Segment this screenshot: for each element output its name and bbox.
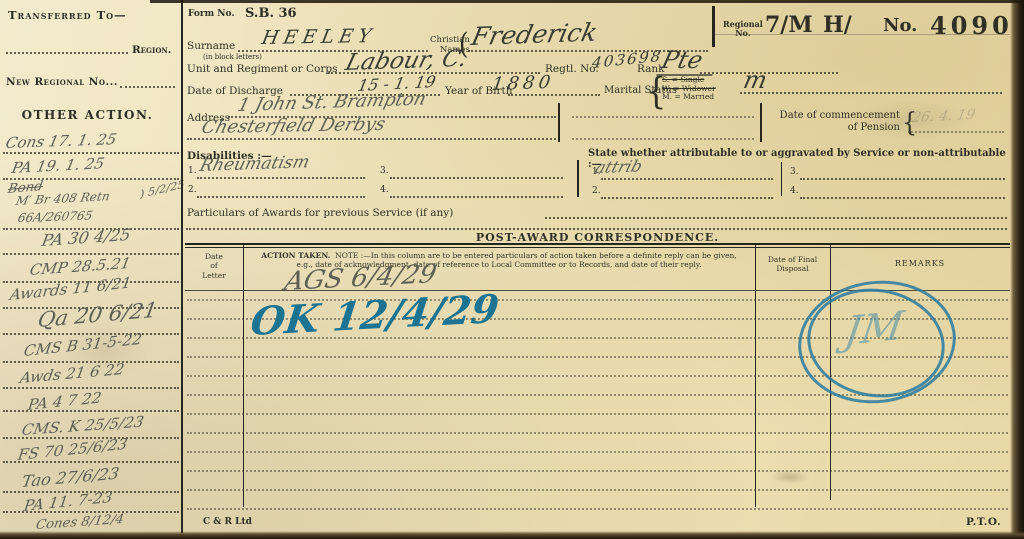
marital-option: M. = Married	[662, 93, 742, 102]
left-margin-panel: Transferred To— Region. New Regional No.…	[0, 0, 181, 539]
ruled-line	[187, 470, 1008, 472]
attrib-line-4	[800, 197, 1005, 199]
left-margin-entry: PA 30 4/25	[40, 225, 132, 250]
attrib-value-1: attrib	[593, 156, 644, 177]
form-no-value: S.B. 36	[245, 6, 297, 21]
post-award-table: Date of Letter ACTION TAKEN. NOTE :—In t…	[185, 243, 1010, 510]
christian-value: Frederick	[469, 18, 600, 51]
awards-dotted-line2	[186, 228, 1007, 230]
disability-line-2	[197, 196, 365, 198]
form-no-label: Form No.	[188, 9, 235, 19]
disability-num-2: 2.	[188, 185, 197, 195]
scan-edge-top	[150, 0, 1024, 3]
ruled-line	[187, 451, 1008, 453]
disability-value-1: Rheumatism	[197, 152, 311, 176]
attrib-line-1	[601, 178, 773, 180]
pension-record-card: Transferred To— Region. New Regional No.…	[0, 0, 1024, 539]
stamp-monogram: JM	[842, 303, 907, 355]
address-divider-bar	[558, 103, 560, 142]
marital-dotted-line	[740, 92, 1002, 94]
regional-number: 4090	[930, 11, 1013, 40]
marital-value: m	[741, 66, 770, 94]
left-margin-entry: Awds 21 6 22	[19, 360, 126, 387]
attrib-num-4: 4.	[790, 186, 799, 196]
pto-label: P.T.O.	[966, 516, 1001, 528]
left-margin-entry: FS 70 25/6/23	[17, 435, 129, 464]
surname-note: (in block letters)	[203, 53, 262, 61]
disability-line-3	[390, 177, 563, 179]
awards-dotted-line	[545, 217, 1007, 219]
attrib-num-3: 3.	[790, 167, 799, 177]
left-margin-entry: Awards 11 6/21	[9, 274, 133, 304]
scan-edge-bottom	[0, 531, 1024, 539]
rank-dotted-line	[700, 72, 838, 74]
pension-value: 26. 4. 19	[910, 107, 976, 126]
regional-no-word: No.	[883, 15, 917, 36]
attrib-line-3	[800, 178, 1005, 180]
left-margin-entry: PA 19. 1. 25	[10, 154, 106, 177]
disabilities-divider-bar	[577, 160, 579, 197]
left-margin-entry: CMS B 31-5-22	[23, 330, 143, 360]
disability-num-3: 3.	[380, 166, 389, 176]
regional-header-rule	[715, 34, 1010, 35]
main-divider-line	[181, 0, 183, 533]
pension-divider-bar	[760, 103, 762, 142]
left-margin-entry: PA 4 7 22	[27, 389, 103, 414]
regional-header-bar	[712, 6, 715, 47]
disability-num-4: 4.	[380, 185, 389, 195]
address-line2: Chesterfield Derbys	[199, 114, 388, 138]
mid-dotted-line2	[572, 138, 754, 140]
marital-options: S. = SingleW. = WidowerM. = Married	[662, 76, 742, 102]
attrib-heading: State whether attributable to or aggrava…	[588, 148, 1012, 170]
pension-dotted-line	[908, 131, 1004, 133]
left-margin-entry: ) 5/2/25	[140, 178, 185, 201]
awards-label: Particulars of Awards for previous Servi…	[187, 207, 453, 219]
left-margin-entry: Qa 20 6/21	[36, 298, 159, 332]
ruled-line	[187, 432, 1008, 434]
left-margin-entry: Tao 27/6/23	[20, 464, 120, 491]
attrib-divider-bar	[781, 162, 782, 196]
unit-label: Unit and Regiment or Corps	[187, 63, 337, 75]
disability-line-1	[197, 177, 365, 179]
ruled-line	[187, 413, 1008, 415]
left-margin-entry: Cons 17. 1. 25	[4, 130, 118, 152]
surname-value: HEELEY	[260, 25, 378, 49]
regional-header: RegionalNo. 7/M H/ No. 4090	[705, 0, 1010, 50]
attrib-num-2: 2.	[592, 186, 601, 196]
birth-dotted-line	[508, 94, 600, 96]
address-dotted-line2	[187, 138, 556, 140]
disability-num-1: 1.	[188, 166, 197, 176]
scan-edge-right	[1010, 0, 1024, 539]
surname-label: Surname	[187, 40, 235, 52]
attrib-line-2	[601, 197, 773, 199]
left-margin-entry: Cones 8/12/4	[35, 512, 125, 533]
unit-value: Labour, C.	[343, 46, 470, 76]
left-margin-entry: 66A/260765	[17, 208, 94, 225]
pension-label: Date of commencementof Pension	[772, 110, 900, 134]
ruled-line	[187, 508, 1008, 510]
ruled-line	[187, 489, 1008, 491]
disability-line-4	[390, 196, 563, 198]
mid-dotted-line1	[572, 116, 754, 118]
left-entries: Cons 17. 1. 25PA 19. 1. 25BondM′ Br 408 …	[0, 0, 181, 539]
left-margin-entry: PA 11. 7-23	[23, 488, 114, 515]
birth-value: 1880	[491, 72, 556, 95]
printer-mark: C & R Ltd	[203, 517, 252, 527]
